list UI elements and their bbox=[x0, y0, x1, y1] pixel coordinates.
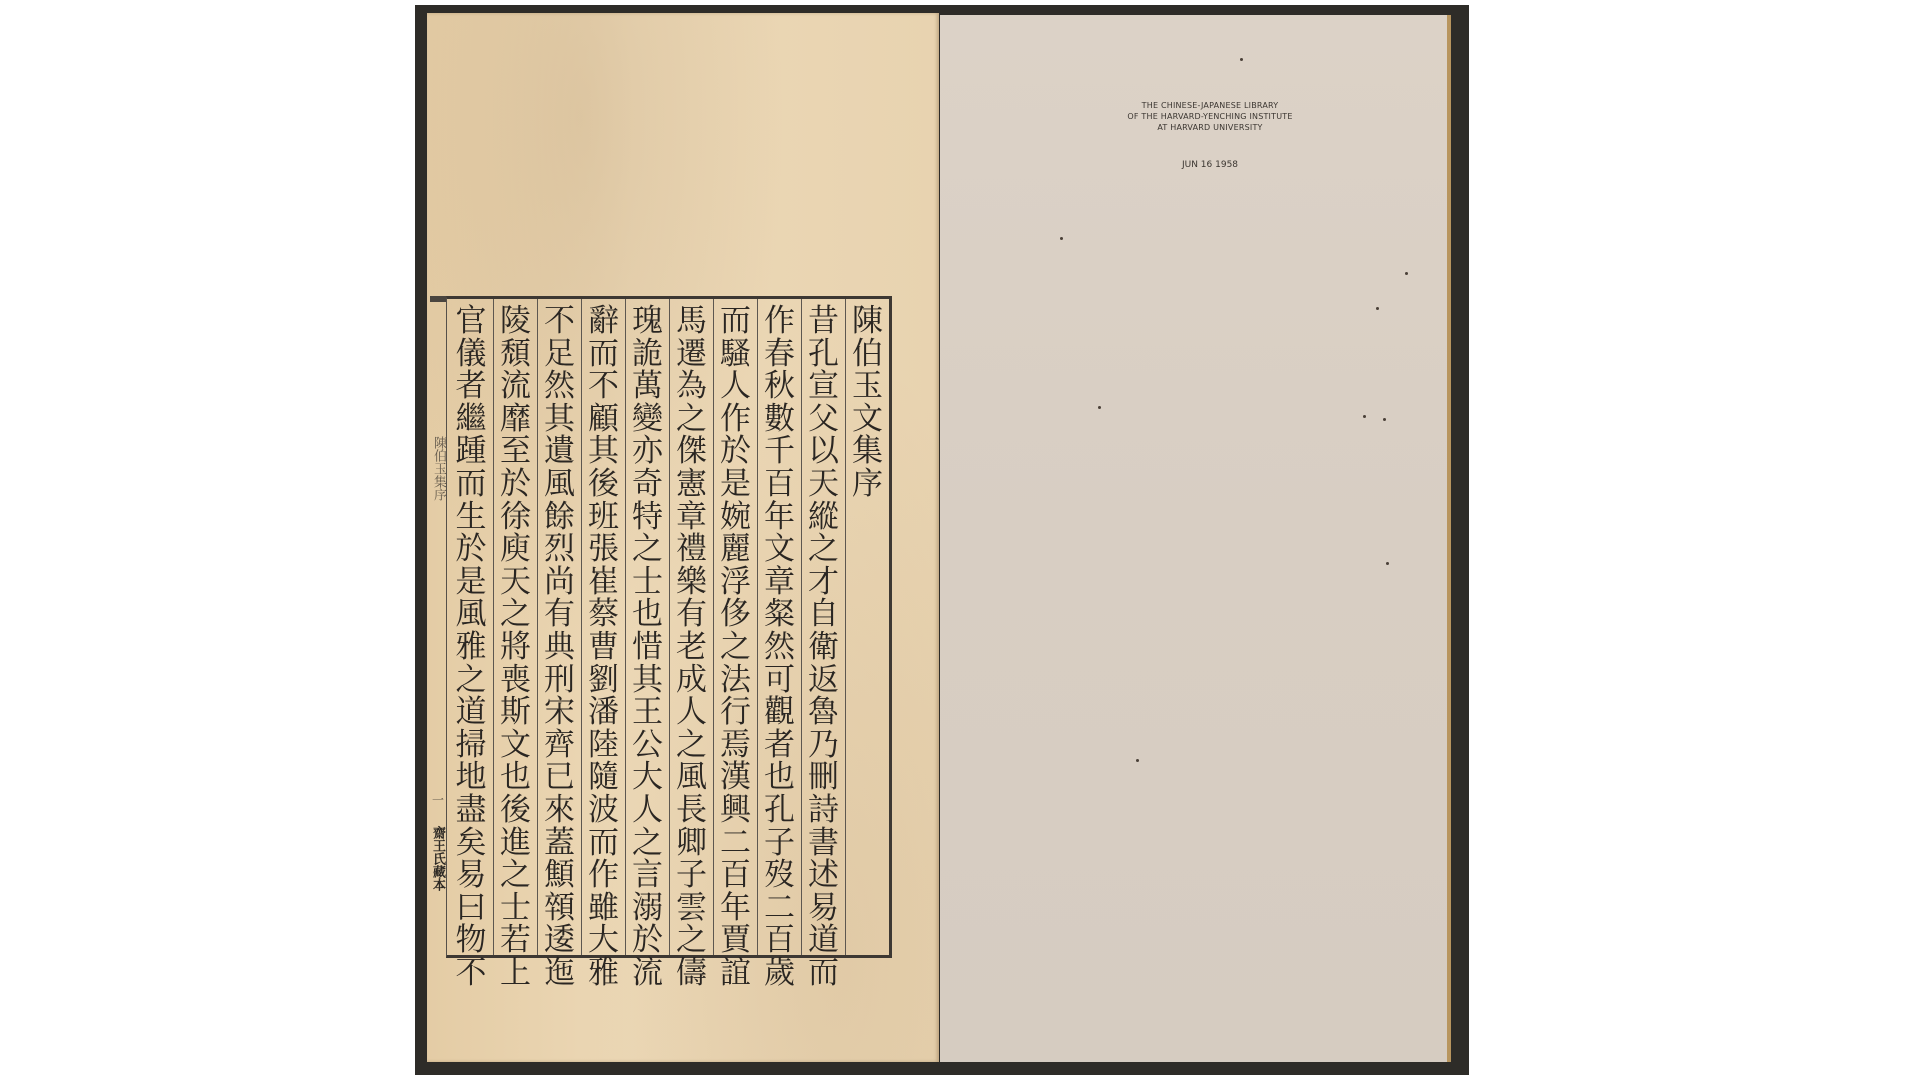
character: 之 bbox=[456, 664, 487, 697]
character: 其 bbox=[632, 664, 663, 697]
character: 靡 bbox=[500, 403, 531, 436]
character: 掃 bbox=[456, 729, 487, 762]
character: 之 bbox=[500, 859, 531, 892]
character: 瑰 bbox=[632, 305, 663, 338]
character: 老 bbox=[676, 631, 707, 664]
stamp-line: AT HARVARD UNIVERSITY bbox=[1110, 122, 1310, 133]
character: 陳 bbox=[852, 305, 883, 338]
character: 也 bbox=[632, 598, 663, 631]
fold-column: 陳伯玉集序 一 齋王氏藏本 bbox=[430, 296, 447, 952]
character: 是 bbox=[456, 566, 487, 599]
character: 蔡 bbox=[588, 598, 619, 631]
character: 溺 bbox=[632, 892, 663, 925]
character: 不 bbox=[456, 957, 487, 990]
character: 粲 bbox=[764, 598, 795, 631]
character: 馬 bbox=[676, 305, 707, 338]
character: 為 bbox=[676, 370, 707, 403]
character: 者 bbox=[456, 370, 487, 403]
character: 烈 bbox=[544, 533, 575, 566]
character: 數 bbox=[764, 403, 795, 436]
character: 子 bbox=[676, 859, 707, 892]
character: 者 bbox=[764, 729, 795, 762]
character: 之 bbox=[676, 924, 707, 957]
character: 餘 bbox=[544, 501, 575, 534]
character: 章 bbox=[676, 501, 707, 534]
character: 易 bbox=[456, 859, 487, 892]
character: 也 bbox=[500, 761, 531, 794]
text-column: 陵頹流靡至於徐庾天之將喪斯文也後進之士若上 bbox=[493, 299, 537, 955]
character: 陸 bbox=[588, 729, 619, 762]
fold-page-number: 一 bbox=[432, 791, 444, 808]
character: 上 bbox=[500, 957, 531, 990]
character: 隨 bbox=[588, 761, 619, 794]
character: 行 bbox=[720, 696, 751, 729]
character: 然 bbox=[764, 631, 795, 664]
character: 人 bbox=[720, 370, 751, 403]
character: 玉 bbox=[852, 370, 883, 403]
character: 伯 bbox=[852, 338, 883, 371]
character: 卿 bbox=[676, 827, 707, 860]
character: 雲 bbox=[676, 892, 707, 925]
character: 班 bbox=[588, 501, 619, 534]
character: 於 bbox=[720, 435, 751, 468]
character: 地 bbox=[456, 761, 487, 794]
character: 騷 bbox=[720, 338, 751, 371]
text-block: 陳伯玉文集序 昔孔宣父以天縱之才自衛返魯乃刪詩書述易道而 作春秋數千百年文章粲然… bbox=[446, 296, 892, 958]
character: 亦 bbox=[632, 435, 663, 468]
character: 文 bbox=[852, 403, 883, 436]
character: 人 bbox=[676, 696, 707, 729]
character: 憲 bbox=[676, 468, 707, 501]
character: 天 bbox=[808, 468, 839, 501]
character: 逶 bbox=[544, 924, 575, 957]
character: 秋 bbox=[764, 370, 795, 403]
paper-speck bbox=[1376, 307, 1379, 310]
title-column: 陳伯玉文集序 bbox=[845, 299, 889, 955]
character: 曰 bbox=[456, 892, 487, 925]
character: 觀 bbox=[764, 696, 795, 729]
stamp-line: THE CHINESE-JAPANESE LIBRARY bbox=[1110, 100, 1310, 111]
character: 崔 bbox=[588, 566, 619, 599]
character: 惜 bbox=[632, 631, 663, 664]
character: 而 bbox=[588, 338, 619, 371]
character: 道 bbox=[456, 696, 487, 729]
character: 斯 bbox=[500, 696, 531, 729]
character: 遺 bbox=[544, 435, 575, 468]
character: 至 bbox=[500, 435, 531, 468]
character: 之 bbox=[676, 729, 707, 762]
character: 之 bbox=[808, 533, 839, 566]
character: 宋 bbox=[544, 696, 575, 729]
character: 雅 bbox=[456, 631, 487, 664]
character: 文 bbox=[764, 533, 795, 566]
character: 其 bbox=[544, 403, 575, 436]
character: 儀 bbox=[456, 338, 487, 371]
character: 興 bbox=[720, 794, 751, 827]
character: 魯 bbox=[808, 696, 839, 729]
character: 迤 bbox=[544, 957, 575, 990]
character: 婉 bbox=[720, 501, 751, 534]
character: 是 bbox=[720, 468, 751, 501]
character: 公 bbox=[632, 729, 663, 762]
character: 儔 bbox=[676, 957, 707, 990]
character: 齊 bbox=[544, 729, 575, 762]
character: 典 bbox=[544, 631, 575, 664]
character: 蓋 bbox=[544, 827, 575, 860]
text-column: 官儀者繼踵而生於是風雅之道掃地盡矣易曰物不 bbox=[449, 299, 493, 955]
text-column: 辭而不顧其後班張崔蔡曹劉潘陸隨波而作雖大雅 bbox=[581, 299, 625, 955]
character: 作 bbox=[764, 305, 795, 338]
paper-speck bbox=[1386, 562, 1389, 565]
character: 二 bbox=[764, 892, 795, 925]
text-column: 瑰詭萬變亦奇特之士也惜其王公大人之言溺於流 bbox=[625, 299, 669, 955]
paper-speck bbox=[1405, 272, 1408, 275]
character: 易 bbox=[808, 892, 839, 925]
character: 春 bbox=[764, 338, 795, 371]
character: 士 bbox=[632, 566, 663, 599]
character: 百 bbox=[764, 924, 795, 957]
text-column: 作春秋數千百年文章粲然可觀者也孔子歿二百歲 bbox=[757, 299, 801, 955]
character: 於 bbox=[456, 533, 487, 566]
character: 若 bbox=[500, 924, 531, 957]
text-column: 昔孔宣父以天縱之才自衛返魯乃刪詩書述易道而 bbox=[801, 299, 845, 955]
character: 而 bbox=[588, 827, 619, 860]
character: 繼 bbox=[456, 403, 487, 436]
character: 潘 bbox=[588, 696, 619, 729]
character: 述 bbox=[808, 859, 839, 892]
character: 特 bbox=[632, 501, 663, 534]
character: 奇 bbox=[632, 468, 663, 501]
character: 之 bbox=[632, 533, 663, 566]
character: 侈 bbox=[720, 598, 751, 631]
character: 成 bbox=[676, 664, 707, 697]
character: 辭 bbox=[588, 305, 619, 338]
character: 可 bbox=[764, 664, 795, 697]
character: 乃 bbox=[808, 729, 839, 762]
library-stamp: THE CHINESE-JAPANESE LIBRARY OF THE HARV… bbox=[1110, 100, 1310, 133]
character: 大 bbox=[632, 761, 663, 794]
character: 子 bbox=[764, 827, 795, 860]
character: 風 bbox=[456, 598, 487, 631]
character: 庾 bbox=[500, 533, 531, 566]
character: 歿 bbox=[764, 859, 795, 892]
fold-collection-mark: 齋王氏藏本 bbox=[431, 826, 445, 891]
paper-speck bbox=[1098, 406, 1101, 409]
character: 之 bbox=[632, 827, 663, 860]
stamp-date: JUN 16 1958 bbox=[1160, 160, 1260, 170]
character: 足 bbox=[544, 338, 575, 371]
text-column: 馬遷為之傑憲章禮樂有老成人之風長卿子雲之儔 bbox=[669, 299, 713, 955]
character: 宣 bbox=[808, 370, 839, 403]
character: 其 bbox=[588, 435, 619, 468]
character: 陵 bbox=[500, 305, 531, 338]
character: 浮 bbox=[720, 566, 751, 599]
character: 作 bbox=[588, 859, 619, 892]
character: 縱 bbox=[808, 501, 839, 534]
character: 不 bbox=[544, 305, 575, 338]
character: 書 bbox=[808, 827, 839, 860]
character: 自 bbox=[808, 598, 839, 631]
character: 於 bbox=[632, 924, 663, 957]
character: 後 bbox=[588, 468, 619, 501]
character: 麗 bbox=[720, 533, 751, 566]
character: 百 bbox=[764, 468, 795, 501]
character: 昔 bbox=[808, 305, 839, 338]
paper-speck bbox=[1383, 418, 1386, 421]
character: 禮 bbox=[676, 533, 707, 566]
character: 傑 bbox=[676, 435, 707, 468]
character: 言 bbox=[632, 859, 663, 892]
text-column: 而騷人作於是婉麗浮侈之法行焉漢興二百年賈誼 bbox=[713, 299, 757, 955]
character: 生 bbox=[456, 501, 487, 534]
paper-speck bbox=[1363, 415, 1366, 418]
character: 賈 bbox=[720, 924, 751, 957]
character: 天 bbox=[500, 566, 531, 599]
character: 有 bbox=[544, 598, 575, 631]
character: 顇 bbox=[544, 892, 575, 925]
character: 士 bbox=[500, 892, 531, 925]
character: 顦 bbox=[544, 859, 575, 892]
character: 已 bbox=[544, 761, 575, 794]
paper-speck bbox=[1136, 759, 1139, 762]
character: 進 bbox=[500, 827, 531, 860]
character: 返 bbox=[808, 664, 839, 697]
character: 雖 bbox=[588, 892, 619, 925]
character: 王 bbox=[632, 696, 663, 729]
paper-speck bbox=[1060, 237, 1063, 240]
character: 尚 bbox=[544, 566, 575, 599]
character: 然 bbox=[544, 370, 575, 403]
character: 之 bbox=[720, 631, 751, 664]
character: 之 bbox=[676, 403, 707, 436]
character: 長 bbox=[676, 794, 707, 827]
right-page bbox=[940, 15, 1451, 1062]
character: 曹 bbox=[588, 631, 619, 664]
character: 劉 bbox=[588, 664, 619, 697]
character: 孔 bbox=[808, 338, 839, 371]
character: 之 bbox=[500, 598, 531, 631]
character: 遷 bbox=[676, 338, 707, 371]
character: 孔 bbox=[764, 794, 795, 827]
character: 千 bbox=[764, 435, 795, 468]
character: 以 bbox=[808, 435, 839, 468]
stamp-line: OF THE HARVARD-YENCHING INSTITUTE bbox=[1110, 111, 1310, 122]
character: 誼 bbox=[720, 957, 751, 990]
character: 張 bbox=[588, 533, 619, 566]
character: 變 bbox=[632, 403, 663, 436]
character: 大 bbox=[588, 924, 619, 957]
character: 漢 bbox=[720, 761, 751, 794]
character: 有 bbox=[676, 598, 707, 631]
character: 將 bbox=[500, 631, 531, 664]
character: 文 bbox=[500, 729, 531, 762]
character: 流 bbox=[500, 370, 531, 403]
character: 二 bbox=[720, 827, 751, 860]
character: 才 bbox=[808, 566, 839, 599]
paper-speck bbox=[1240, 58, 1243, 61]
character: 法 bbox=[720, 664, 751, 697]
character: 章 bbox=[764, 566, 795, 599]
character: 詭 bbox=[632, 338, 663, 371]
character: 詩 bbox=[808, 794, 839, 827]
character: 喪 bbox=[500, 664, 531, 697]
character: 而 bbox=[808, 957, 839, 990]
character: 年 bbox=[720, 892, 751, 925]
character: 踵 bbox=[456, 435, 487, 468]
character: 樂 bbox=[676, 566, 707, 599]
character: 風 bbox=[544, 468, 575, 501]
character: 衛 bbox=[808, 631, 839, 664]
character: 風 bbox=[676, 761, 707, 794]
character: 歲 bbox=[764, 957, 795, 990]
character: 後 bbox=[500, 794, 531, 827]
character: 父 bbox=[808, 403, 839, 436]
character: 序 bbox=[852, 468, 883, 501]
character: 萬 bbox=[632, 370, 663, 403]
character: 矣 bbox=[456, 827, 487, 860]
character: 集 bbox=[852, 435, 883, 468]
fish-tail-mark bbox=[430, 296, 446, 302]
character: 而 bbox=[456, 468, 487, 501]
character: 於 bbox=[500, 468, 531, 501]
character: 焉 bbox=[720, 729, 751, 762]
character: 波 bbox=[588, 794, 619, 827]
character: 官 bbox=[456, 305, 487, 338]
character: 流 bbox=[632, 957, 663, 990]
character: 不 bbox=[588, 370, 619, 403]
character: 作 bbox=[720, 403, 751, 436]
character: 雅 bbox=[588, 957, 619, 990]
character: 來 bbox=[544, 794, 575, 827]
character: 顧 bbox=[588, 403, 619, 436]
character: 百 bbox=[720, 859, 751, 892]
character: 徐 bbox=[500, 501, 531, 534]
character: 刑 bbox=[544, 664, 575, 697]
character: 盡 bbox=[456, 794, 487, 827]
character: 物 bbox=[456, 924, 487, 957]
character: 而 bbox=[720, 305, 751, 338]
text-column: 不足然其遺風餘烈尚有典刑宋齊已來蓋顦顇逶迤 bbox=[537, 299, 581, 955]
character: 刪 bbox=[808, 761, 839, 794]
character: 年 bbox=[764, 501, 795, 534]
character: 道 bbox=[808, 924, 839, 957]
character: 人 bbox=[632, 794, 663, 827]
character: 也 bbox=[764, 761, 795, 794]
fold-title: 陳伯玉集序 bbox=[431, 436, 445, 501]
character: 頹 bbox=[500, 338, 531, 371]
